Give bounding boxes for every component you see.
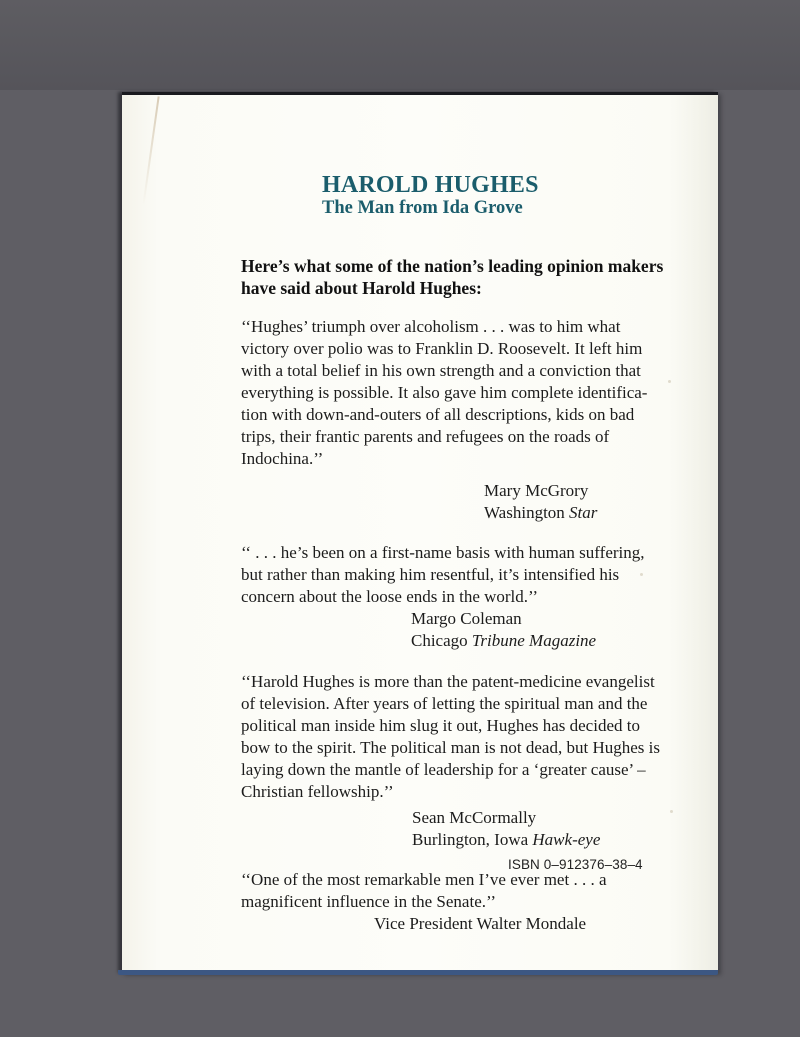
quote-mondale: ‘‘One of the most remarkable men I’ve ev… — [241, 869, 681, 913]
quote-coleman: ‘‘ . . . he’s been on a first-name basis… — [241, 542, 681, 608]
paper-speck — [478, 268, 481, 271]
attribution-author: Margo Coleman — [411, 608, 681, 630]
quote-line: concern about the loose ends in the worl… — [241, 586, 681, 608]
quote-line: everything is possible. It also gave him… — [241, 382, 681, 404]
quote-line: with a total belief in his own strength … — [241, 360, 681, 382]
quote-mccormally: ‘‘Harold Hughes is more than the patent-… — [241, 671, 681, 803]
source-text: Washington — [484, 503, 569, 522]
intro-heading: Here’s what some of the nation’s leading… — [241, 255, 681, 299]
quote-line: ‘‘Hughes’ triumph over alcoholism . . . … — [241, 316, 681, 338]
attribution-author: Vice President Walter Mondale — [374, 913, 681, 935]
paper-speck — [668, 380, 671, 383]
quote-line: Indochina.’’ — [241, 448, 681, 470]
intro-line: have said about Harold Hughes: — [241, 277, 681, 299]
attribution-author: Mary McGrory — [484, 480, 681, 502]
attribution-source: Burlington, Iowa Hawk-eye — [412, 829, 681, 851]
quote-line: laying down the mantle of leadership for… — [241, 759, 681, 781]
quote-line: victory over polio was to Franklin D. Ro… — [241, 338, 681, 360]
book-title: HAROLD HUGHES — [322, 172, 539, 199]
quote-line: tion with down-and-outers of all descrip… — [241, 404, 681, 426]
quote-line: political man inside him slug it out, Hu… — [241, 715, 681, 737]
attribution-coleman: Margo Coleman Chicago Tribune Magazine — [411, 608, 681, 652]
source-text: Burlington, Iowa — [412, 830, 532, 849]
quote-line: but rather than making him resentful, it… — [241, 564, 681, 586]
quote-line: bow to the spirit. The political man is … — [241, 737, 681, 759]
source-publication: Star — [569, 503, 597, 522]
attribution-author: Sean McCormally — [412, 807, 681, 829]
background — [0, 0, 800, 90]
quote-line: of television. After years of letting th… — [241, 693, 681, 715]
attribution-source: Washington Star — [484, 502, 681, 524]
attribution-mccormally: Sean McCormally Burlington, Iowa Hawk-ey… — [412, 807, 681, 851]
book-subtitle: The Man from Ida Grove — [322, 198, 523, 219]
attribution-source: Chicago Tribune Magazine — [411, 630, 681, 652]
attribution-mcgrory: Mary McGrory Washington Star — [484, 480, 681, 524]
quote-mcgrory: ‘‘Hughes’ triumph over alcoholism . . . … — [241, 316, 681, 470]
book-board-edge — [118, 970, 718, 975]
intro-line: Here’s what some of the nation’s leading… — [241, 255, 681, 277]
quote-line: ‘‘Harold Hughes is more than the patent-… — [241, 671, 681, 693]
source-text: Chicago — [411, 631, 472, 650]
isbn-number: ISBN 0–912376–38–4 — [508, 857, 643, 872]
quote-line: Christian fellowship.’’ — [241, 781, 681, 803]
quote-line: ‘‘ . . . he’s been on a first-name basis… — [241, 542, 681, 564]
paper-speck — [670, 810, 673, 813]
quote-line: magnificent influence in the Senate.’’ — [241, 891, 681, 913]
quote-line: ‘‘One of the most remarkable men I’ve ev… — [241, 869, 681, 891]
source-publication: Hawk-eye — [532, 830, 600, 849]
source-publication: Tribune Magazine — [472, 631, 596, 650]
quote-line: trips, their frantic parents and refugee… — [241, 426, 681, 448]
blurb-content: Here’s what some of the nation’s leading… — [241, 255, 681, 935]
paper-speck — [640, 573, 643, 576]
attribution-mondale: Vice President Walter Mondale — [374, 913, 681, 935]
